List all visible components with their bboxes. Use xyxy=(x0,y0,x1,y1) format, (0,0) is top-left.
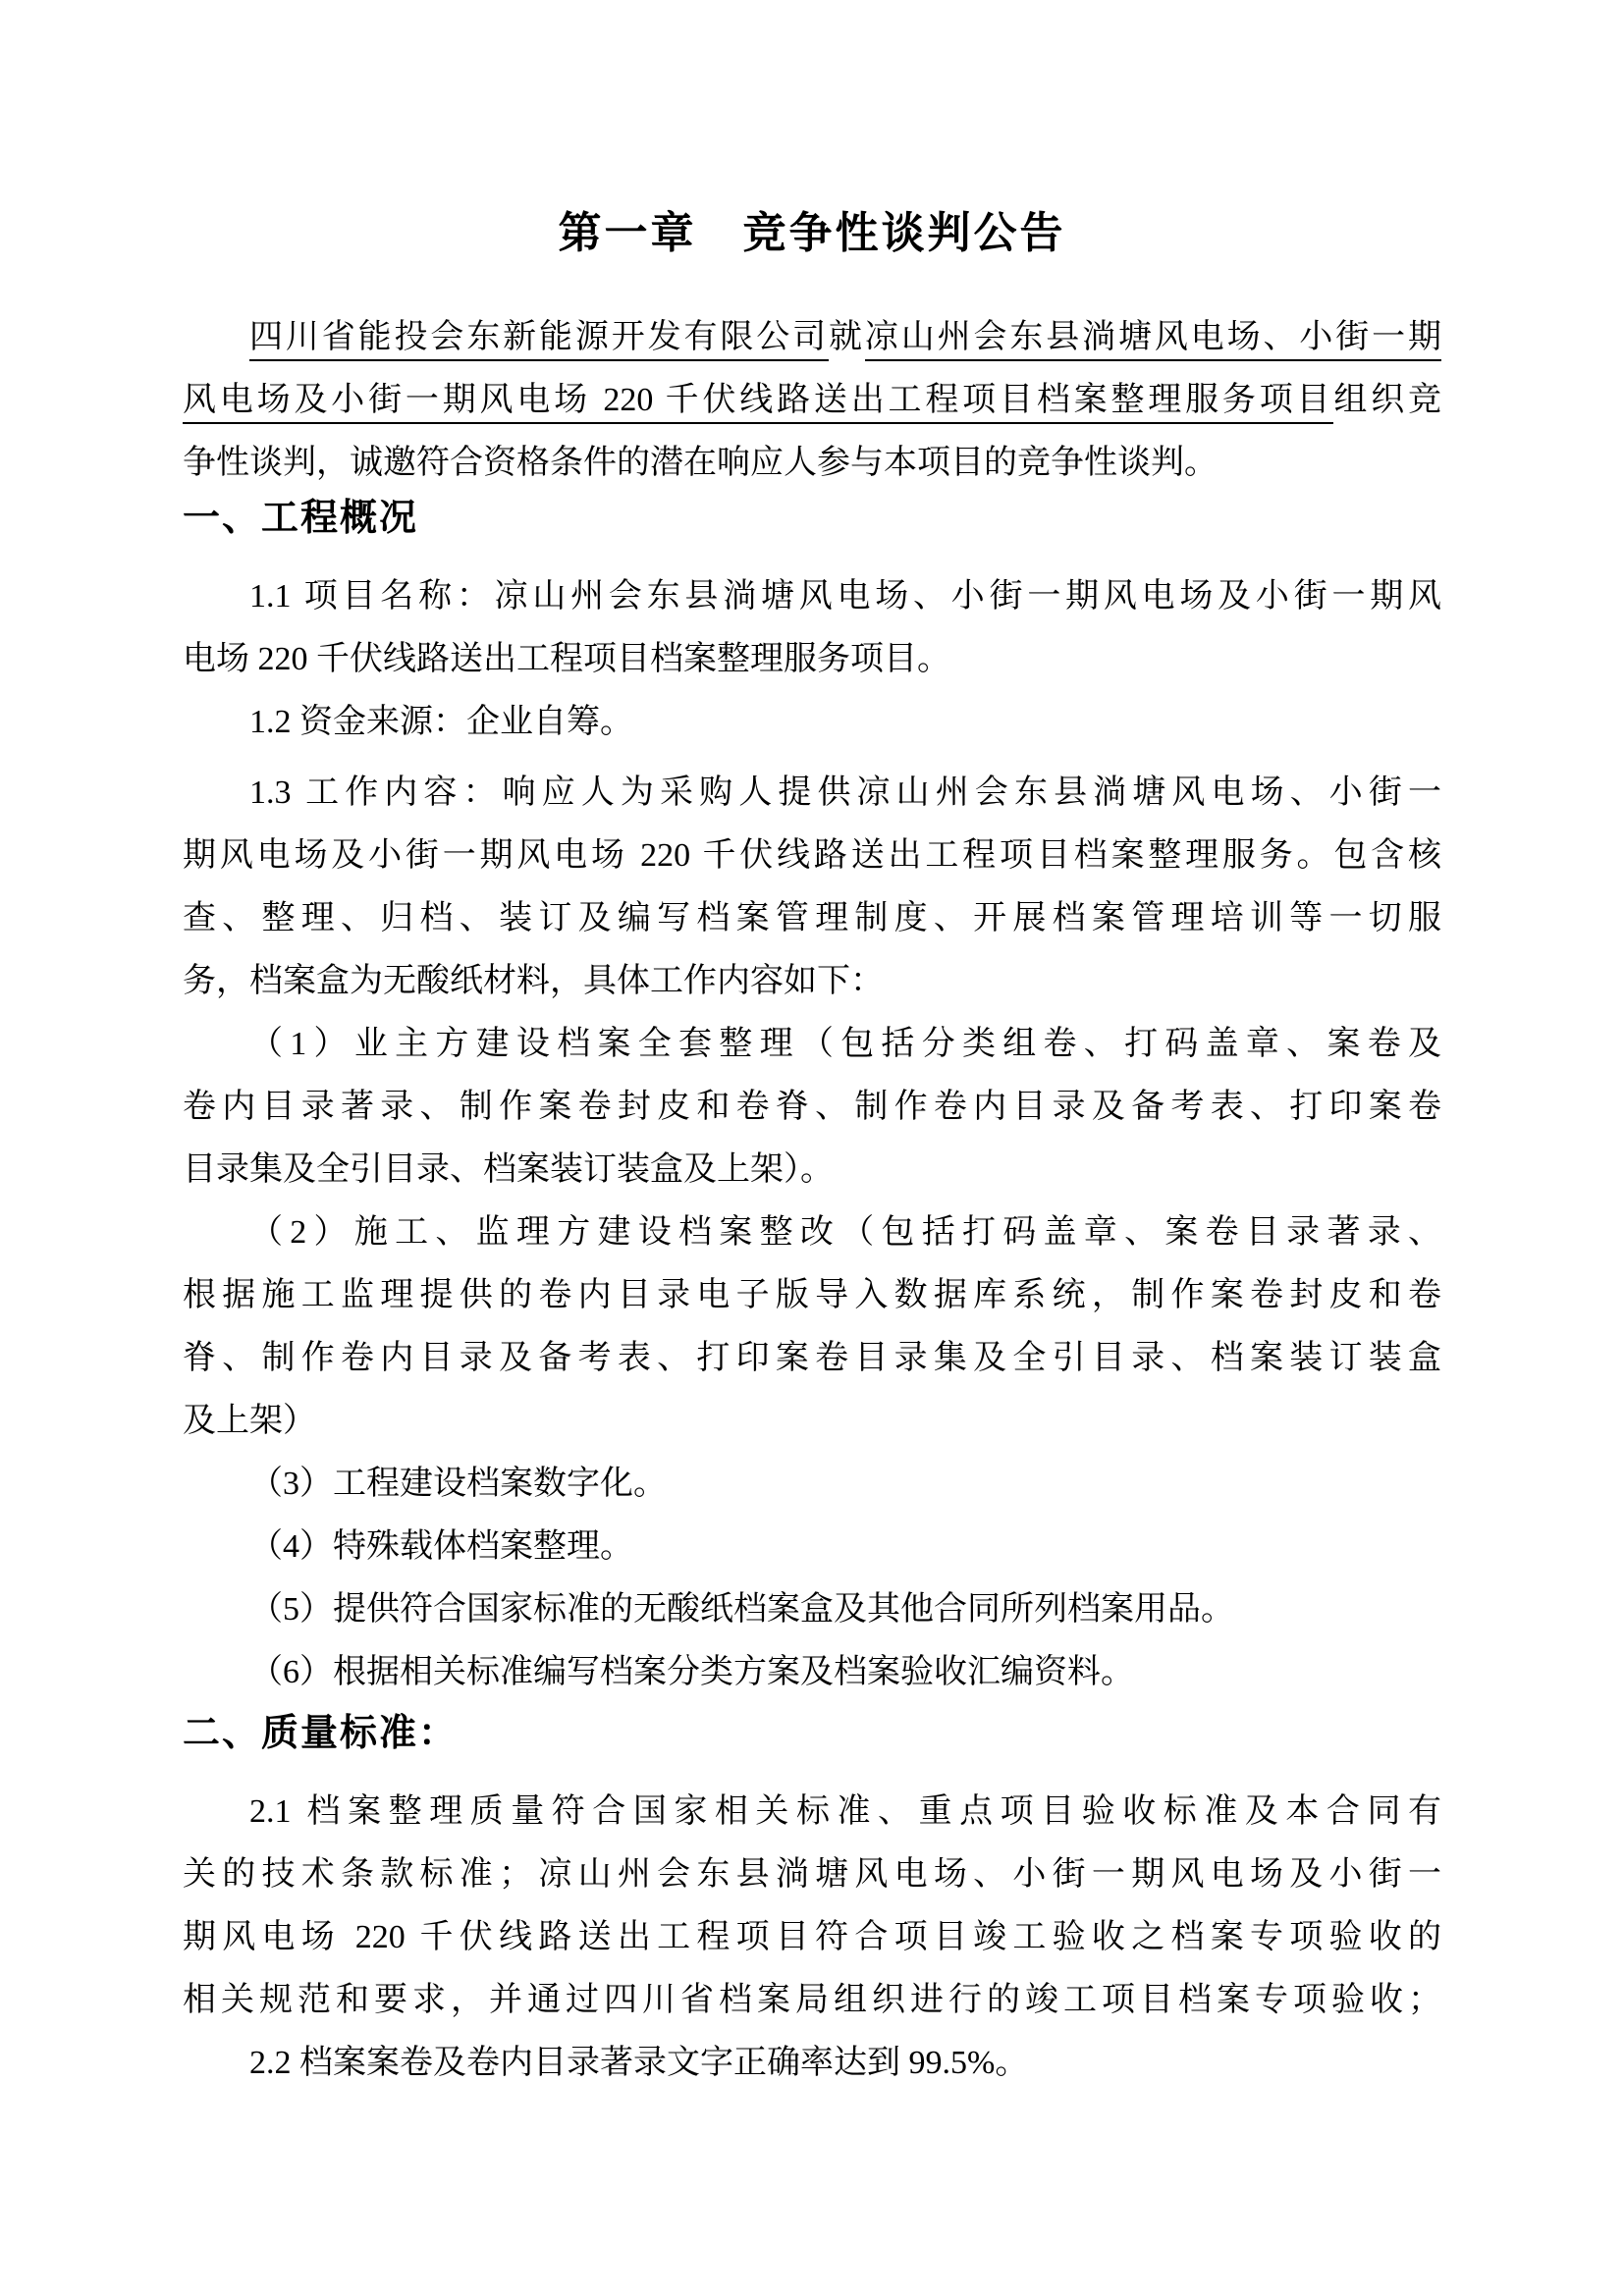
doc-line: 卷内目录著录、制作案卷封皮和卷脊、制作卷内目录及备考表、打印案卷 xyxy=(183,1076,1441,1139)
doc-line: 相关规范和要求，并通过四川省档案局组织进行的竣工项目档案专项验收； xyxy=(183,1969,1441,2032)
text-run: 1.3 工作内容：响应人为采购人提供凉山州会东县淌塘风电场、小街一 xyxy=(249,774,1441,811)
text-run: 组织竞 xyxy=(1333,382,1441,418)
text-run: （1）业主方建设档案全套整理（包括分类组卷、打码盖章、案卷及 xyxy=(249,1026,1441,1062)
document-page: 第一章 竞争性谈判公告 四川省能投会东新能源开发有限公司就凉山州会东县淌塘风电场… xyxy=(0,0,1624,2296)
text-run: 及上架） xyxy=(183,1403,316,1439)
underlined-text: 四川省能投会东新能源开发有限公司 xyxy=(249,319,829,361)
text-run: 二、质量标准： xyxy=(183,1713,458,1754)
text-run: 相关规范和要求，并通过四川省档案局组织进行的竣工项目档案专项验收； xyxy=(183,1982,1441,2018)
doc-line: （2）施工、监理方建设档案整改（包括打码盖章、案卷目录著录、 xyxy=(183,1201,1441,1264)
doc-line: 2.2 档案案卷及卷内目录著录文字正确率达到 99.5%。 xyxy=(183,2032,1441,2095)
text-run: 1.2 资金来源：企业自筹。 xyxy=(249,704,633,740)
text-run: 期风电场及小街一期风电场 220 千伏线路送出工程项目档案整理服务。包含核 xyxy=(183,837,1441,874)
text-run: （2）施工、监理方建设档案整改（包括打码盖章、案卷目录著录、 xyxy=(249,1214,1441,1251)
doc-line: 1.1 项目名称：凉山州会东县淌塘风电场、小街一期风电场及小街一期风 xyxy=(183,565,1441,628)
text-run: 关的技术条款标准；凉山州会东县淌塘风电场、小街一期风电场及小街一 xyxy=(183,1856,1441,1893)
document-body: 四川省能投会东新能源开发有限公司就凉山州会东县淌塘风电场、小街一期风电场及小街一… xyxy=(183,306,1441,2095)
doc-line: 1.2 资金来源：企业自筹。 xyxy=(183,691,1441,754)
text-run: 务，档案盒为无酸纸材料，具体工作内容如下： xyxy=(183,963,884,999)
doc-line: 关的技术条款标准；凉山州会东县淌塘风电场、小街一期风电场及小街一 xyxy=(183,1843,1441,1906)
doc-line: 1.3 工作内容：响应人为采购人提供凉山州会东县淌塘风电场、小街一 xyxy=(183,762,1441,825)
section-heading: 一、工程概况 xyxy=(183,489,1441,565)
chapter-title: 第一章 竞争性谈判公告 xyxy=(183,208,1441,259)
doc-line: （5）提供符合国家标准的无酸纸档案盒及其他合同所列档案用品。 xyxy=(183,1578,1441,1641)
doc-line: 务，档案盒为无酸纸材料，具体工作内容如下： xyxy=(183,950,1441,1013)
doc-line: 根据施工监理提供的卷内目录电子版导入数据库系统，制作案卷封皮和卷 xyxy=(183,1264,1441,1327)
text-run: （5）提供符合国家标准的无酸纸档案盒及其他合同所列档案用品。 xyxy=(249,1591,1234,1628)
text-run: 脊、制作卷内目录及备考表、打印案卷目录集及全引目录、档案装订装盒 xyxy=(183,1340,1441,1376)
text-run: 根据施工监理提供的卷内目录电子版导入数据库系统，制作案卷封皮和卷 xyxy=(183,1277,1441,1313)
doc-line: 争性谈判，诚邀符合资格条件的潜在响应人参与本项目的竞争性谈判。 xyxy=(183,432,1441,495)
doc-line: 四川省能投会东新能源开发有限公司就凉山州会东县淌塘风电场、小街一期 xyxy=(183,306,1441,369)
text-run: 争性谈判，诚邀符合资格条件的潜在响应人参与本项目的竞争性谈判。 xyxy=(183,445,1218,481)
doc-line: 2.1 档案整理质量符合国家相关标准、重点项目验收标准及本合同有 xyxy=(183,1781,1441,1843)
doc-line: （1）业主方建设档案全套整理（包括分类组卷、打码盖章、案卷及 xyxy=(183,1013,1441,1076)
doc-line: 期风电场及小街一期风电场 220 千伏线路送出工程项目档案整理服务。包含核 xyxy=(183,825,1441,887)
text-run: 1.1 项目名称：凉山州会东县淌塘风电场、小街一期风电场及小街一期风 xyxy=(249,578,1441,614)
text-run: 2.2 档案案卷及卷内目录著录文字正确率达到 99.5%。 xyxy=(249,2045,1028,2081)
text-run: 2.1 档案整理质量符合国家相关标准、重点项目验收标准及本合同有 xyxy=(249,1793,1441,1830)
text-run: 查、整理、归档、装订及编写档案管理制度、开展档案管理培训等一切服 xyxy=(183,900,1441,936)
text-run: （3）工程建设档案数字化。 xyxy=(249,1466,667,1502)
text-run: （6）根据相关标准编写档案分类方案及档案验收汇编资料。 xyxy=(249,1654,1134,1690)
section-heading: 二、质量标准： xyxy=(183,1704,1441,1781)
text-run: 目录集及全引目录、档案装订装盒及上架）。 xyxy=(183,1151,834,1188)
text-run: 电场 220 千伏线路送出工程项目档案整理服务项目。 xyxy=(183,641,950,677)
document-content: 第一章 竞争性谈判公告 四川省能投会东新能源开发有限公司就凉山州会东县淌塘风电场… xyxy=(183,208,1441,2095)
text-run: 就 xyxy=(829,319,865,355)
doc-line: 脊、制作卷内目录及备考表、打印案卷目录集及全引目录、档案装订装盒 xyxy=(183,1327,1441,1390)
text-run: （4）特殊载体档案整理。 xyxy=(249,1528,633,1565)
doc-line: 目录集及全引目录、档案装订装盒及上架）。 xyxy=(183,1139,1441,1201)
doc-line: 电场 220 千伏线路送出工程项目档案整理服务项目。 xyxy=(183,628,1441,691)
text-run: 一、工程概况 xyxy=(183,498,418,539)
doc-line: （6）根据相关标准编写档案分类方案及档案验收汇编资料。 xyxy=(183,1641,1441,1704)
doc-line: （3）工程建设档案数字化。 xyxy=(183,1453,1441,1516)
doc-line: 及上架） xyxy=(183,1390,1441,1453)
doc-line: （4）特殊载体档案整理。 xyxy=(183,1516,1441,1578)
doc-line: 期风电场 220 千伏线路送出工程项目符合项目竣工验收之档案专项验收的 xyxy=(183,1906,1441,1969)
doc-line: 查、整理、归档、装订及编写档案管理制度、开展档案管理培训等一切服 xyxy=(183,887,1441,950)
text-run: 期风电场 220 千伏线路送出工程项目符合项目竣工验收之档案专项验收的 xyxy=(183,1919,1441,1955)
doc-line: 风电场及小街一期风电场 220 千伏线路送出工程项目档案整理服务项目组织竞 xyxy=(183,369,1441,432)
underlined-text: 风电场及小街一期风电场 220 千伏线路送出工程项目档案整理服务项目 xyxy=(183,382,1333,424)
text-run: 卷内目录著录、制作案卷封皮和卷脊、制作卷内目录及备考表、打印案卷 xyxy=(183,1089,1441,1125)
underlined-text: 凉山州会东县淌塘风电场、小街一期 xyxy=(865,319,1441,361)
